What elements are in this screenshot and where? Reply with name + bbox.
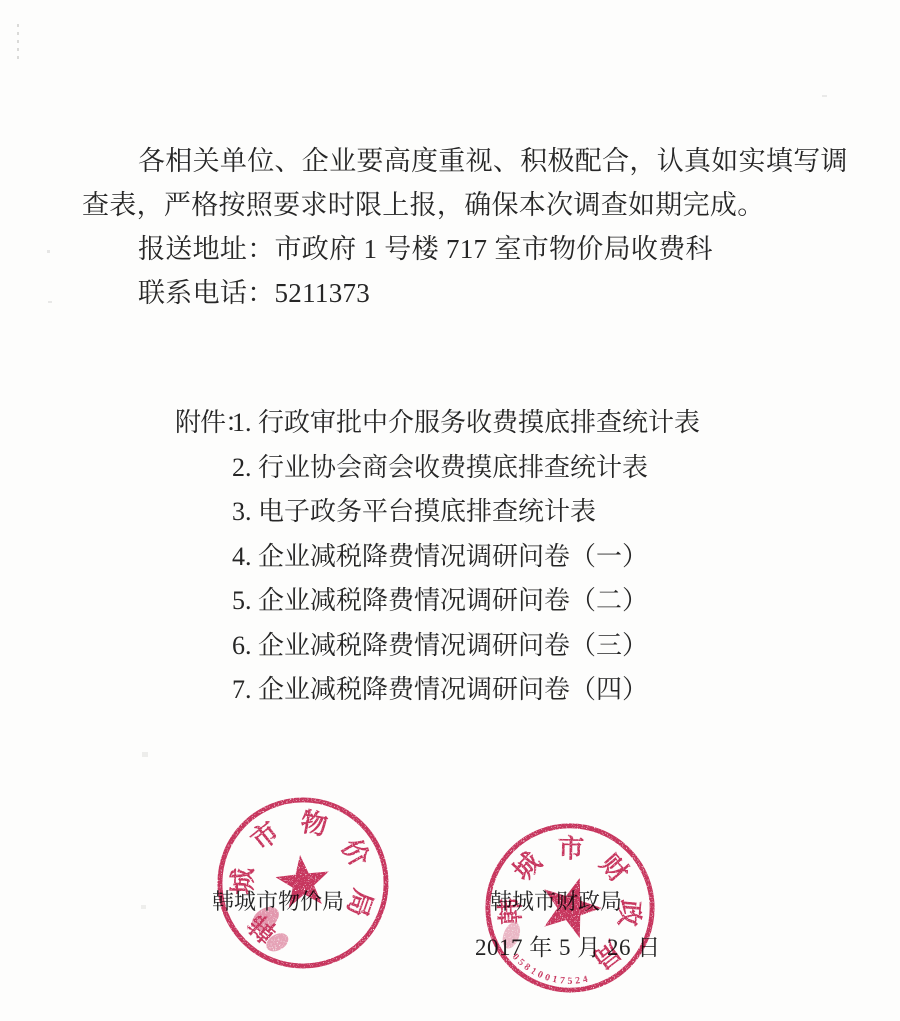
svg-text:价: 价 (336, 834, 375, 872)
address-line: 报送地址：市政府 1 号楼 717 室市物价局收费科 (82, 227, 877, 271)
svg-text:市: 市 (558, 833, 585, 863)
body-paragraph: 各相关单位、企业要高度重视、积极配合，认真如实填写调 查表，严格按照要求时限上报… (82, 139, 877, 315)
paragraph-line: 查表，严格按照要求时限上报，确保本次调查如期完成。 (82, 183, 877, 227)
svg-text:财: 财 (594, 848, 634, 888)
star-icon (533, 869, 608, 942)
scan-artifact (142, 752, 148, 757)
attachment-item: 6. 企业减税降费情况调研问卷（三） (232, 624, 700, 669)
svg-text:2: 2 (575, 975, 581, 986)
svg-text:5: 5 (568, 976, 573, 987)
scan-artifact (47, 250, 50, 253)
phone-line: 联系电话：5211373 (82, 271, 877, 315)
attachments-list: 1. 行政审批中介服务收费摸底排查统计表 2. 行业协会商会收费摸底排查统计表 … (232, 401, 700, 713)
attachment-item: 1. 行政审批中介服务收费摸底排查统计表 (232, 401, 700, 446)
attachment-item: 2. 行业协会商会收费摸底排查统计表 (232, 446, 700, 491)
attachment-item: 5. 企业减税降费情况调研问卷（二） (232, 579, 700, 624)
svg-text:4: 4 (582, 974, 589, 986)
scan-artifact (141, 905, 146, 909)
scanned-document: 各相关单位、企业要高度重视、积极配合，认真如实填写调 查表，严格按照要求时限上报… (0, 0, 900, 1021)
attachment-item: 4. 企业减税降费情况调研问卷（一） (232, 535, 700, 580)
paragraph-line: 各相关单位、企业要高度重视、积极配合，认真如实填写调 (82, 139, 877, 183)
svg-text:韩: 韩 (495, 897, 526, 926)
star-icon (273, 852, 332, 908)
svg-text:局: 局 (341, 886, 378, 921)
svg-text:城: 城 (507, 846, 547, 886)
official-seal-finance-bureau: 韩城市财政局 05810017524 (482, 820, 658, 996)
svg-text:1: 1 (551, 974, 558, 986)
svg-text:7: 7 (559, 975, 565, 986)
svg-text:局: 局 (587, 935, 626, 975)
svg-text:政: 政 (613, 899, 645, 929)
svg-text:市: 市 (245, 816, 285, 856)
svg-text:城: 城 (227, 867, 258, 895)
attachment-item: 3. 电子政务平台摸底排查统计表 (232, 490, 700, 535)
official-seal-price-bureau: 韩城市物价局 (214, 794, 392, 972)
scan-artifact (48, 301, 52, 303)
seal-group: 韩城市财政局 05810017524 (488, 826, 652, 990)
attachment-item: 7. 企业减税降费情况调研问卷（四） (232, 668, 700, 713)
seal-group: 韩城市物价局 (220, 800, 386, 966)
attachments-block: 附件： 1. 行政审批中介服务收费摸底排查统计表 2. 行业协会商会收费摸底排查… (175, 401, 795, 721)
scan-artifact (17, 24, 19, 60)
svg-text:0: 0 (543, 972, 551, 984)
seal-serial-text: 05810017524 (510, 952, 589, 987)
scan-artifact (822, 95, 827, 97)
svg-text:物: 物 (298, 807, 330, 841)
